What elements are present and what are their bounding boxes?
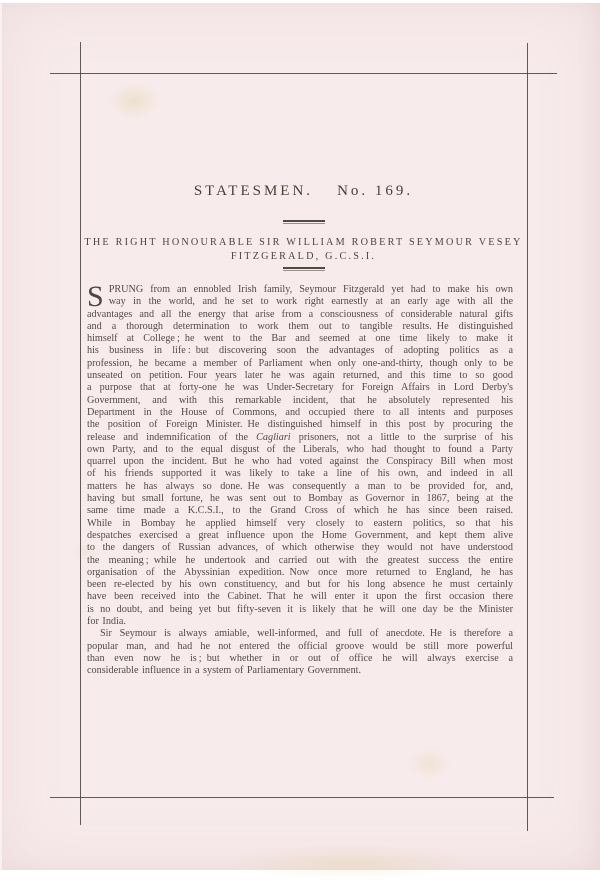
text-line: been re-elected by his own constituency,… [87,579,513,591]
text-line: of his friends supported it was likely t… [87,468,513,480]
text-line: same time made a K.C.S.I., to the Grand … [87,505,513,517]
text-line: having but small fortune, he was sent ou… [87,493,513,505]
article-heading: THE RIGHT HONOURABLE SIR WILLIAM ROBERT … [80,236,527,263]
text-line: have been received into the Cabinet. Tha… [87,591,513,603]
text-line: popular man, and had he not entered the … [87,641,513,653]
text-line: the meaning ; while he undertook and car… [87,555,513,567]
text-line: a purpose that at forty-one he was Under… [87,382,513,394]
series-title: STATESMEN. [194,183,313,200]
text-line: quarrel upon the incident. But he who ha… [87,456,513,468]
separator-rule [283,220,325,224]
text-line: than even now he is ; but whether in or … [87,653,513,665]
heading-line-1: THE RIGHT HONOURABLE SIR WILLIAM ROBERT … [80,236,527,250]
text-line: matters he has always so done. He was co… [87,481,513,493]
text-line: his business in life : but discovering s… [87,345,513,357]
plate-title: STATESMEN. No. 169. [80,183,527,200]
text-line: unseated on petition. Four years later h… [87,370,513,382]
text-line: despatches exercised a great influence u… [87,530,513,542]
text-line: release and indemnification of the Cagli… [87,432,513,444]
text-line: Government, and with this remarkable inc… [87,395,513,407]
heading-line-2: FITZGERALD, G.C.S.I. [80,250,527,264]
text-line: advantages and all the energy that arise… [87,309,513,321]
text-line: himself at College ; he went to the Bar … [87,333,513,345]
text-line: considerable influence in a system of Pa… [87,665,513,677]
text-line: and a thorough determination to work the… [87,321,513,333]
photo-edge [0,0,2,870]
text-line: to the dangers of Russian advances, of w… [87,542,513,554]
text-line: profession, he became a member of Parlia… [87,358,513,370]
document-sheet: STATESMEN. No. 169. THE RIGHT HONOURABLE… [0,0,600,870]
series-number: No. 169. [337,183,413,200]
frame-rule-right [527,43,528,831]
text-line: the position of Foreign Minister. He dis… [87,419,513,431]
separator-rule [283,267,325,271]
text-line: Department in the House of Commons, and … [87,407,513,419]
text-line: organisation of the Abyssinian expeditio… [87,567,513,579]
drop-cap: S [87,284,109,309]
text-line: way in the world, and he set to work rig… [87,296,513,308]
text-line: PRUNG from an ennobled Irish family, Sey… [87,284,513,296]
text-line: is no doubt, and being yet but fifty-sev… [87,604,513,616]
text-line: own Party, and to the equal disgust of t… [87,444,513,456]
article-body: S PRUNG from an ennobled Irish family, S… [87,284,513,678]
text-line: While in Bombay he applied himself very … [87,518,513,530]
text-line: Sir Seymour is always amiable, well-info… [87,628,513,640]
text-line: for India. [87,616,513,628]
